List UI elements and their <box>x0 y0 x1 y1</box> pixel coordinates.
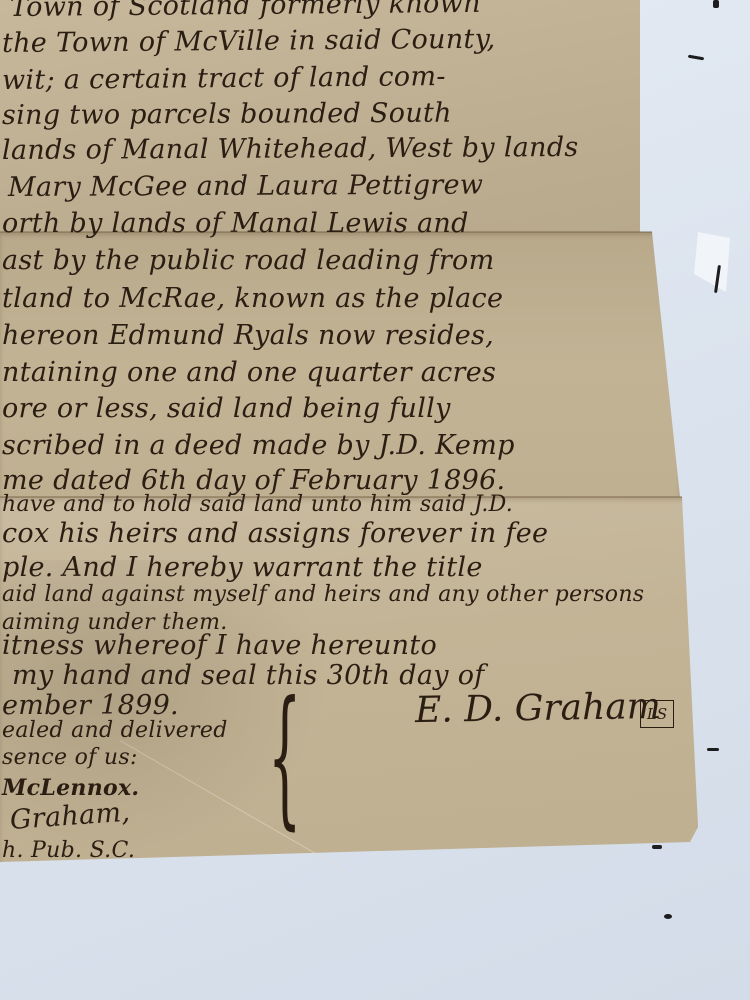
deed-line: lands of Manal Whitehead, West by lands <box>2 132 579 166</box>
seal-box: LS <box>640 700 674 728</box>
deed-line: cox his heirs and assigns forever in fee <box>2 518 548 549</box>
deed-line: hereon Edmund Ryals now resides, <box>2 320 494 351</box>
deed-line: have and to hold said land unto him said… <box>2 492 513 517</box>
deed-line: ore or less, said land being fully <box>2 393 451 424</box>
witness-signature: Graham, <box>9 797 131 836</box>
deed-line: ntaining one and one quarter acres <box>2 357 496 388</box>
deed-line: scribed in a deed made by J.D. Kemp <box>2 430 515 461</box>
attestation-line: sence of us: <box>2 745 138 770</box>
deed-line: ember 1899. <box>2 690 179 721</box>
deed-line: aid land against myself and heirs and an… <box>2 582 644 607</box>
deed-line: the Town of McVille in said County, <box>2 24 496 59</box>
witness-title: h. Pub. S.C. <box>2 838 135 863</box>
debris-speck <box>664 914 672 919</box>
grantor-signature: E. D. Graham <box>415 686 662 731</box>
deed-line: orth by lands of Manal Lewis and <box>2 208 469 239</box>
deed-line: sing two parcels bounded South <box>2 98 452 131</box>
deed-line: ast by the public road leading from <box>2 245 495 276</box>
deed-text: Town of Scotland formerly known the Town… <box>0 0 700 870</box>
deed-line: Town of Scotland formerly known <box>10 0 481 23</box>
debris-speck <box>713 0 719 8</box>
attestation-brace: { <box>268 682 279 842</box>
deed-line: ple. And I hereby warrant the title <box>2 552 483 583</box>
deed-line: Mary McGee and Laura Pettigrew <box>8 170 483 203</box>
deed-line: itness whereof I have hereunto <box>2 630 437 661</box>
attestation-line: ealed and delivered <box>2 718 228 743</box>
deed-line: tland to McRae, known as the place <box>2 283 503 314</box>
debris-speck <box>707 748 719 751</box>
deed-line: wit; a certain tract of land com- <box>2 61 446 96</box>
deed-line: my hand and seal this 30th day of <box>12 660 485 691</box>
